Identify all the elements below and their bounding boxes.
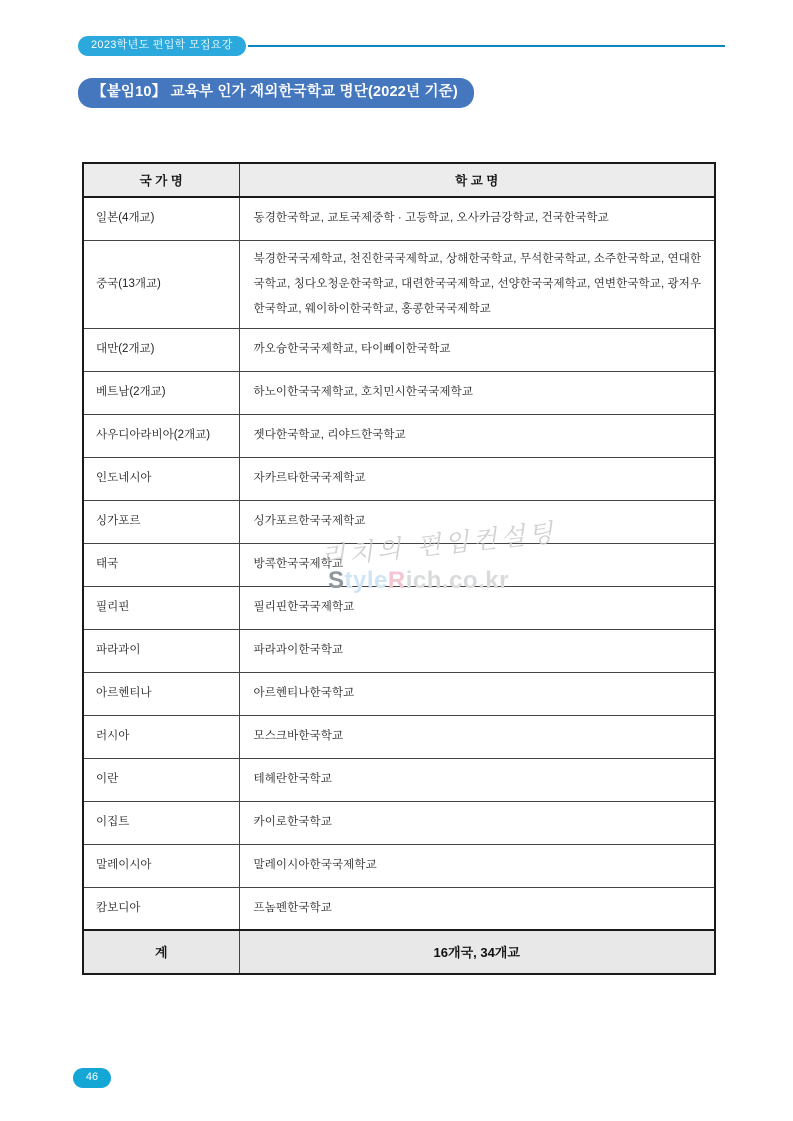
running-header: 2023학년도 편입학 모집요강 — [78, 36, 725, 56]
column-header-school: 학 교 명 — [239, 163, 715, 197]
header-badge: 2023학년도 편입학 모집요강 — [78, 36, 246, 56]
school-table: 국 가 명 학 교 명 일본(4개교)동경한국학교, 교토국제중학 · 고등학교… — [82, 162, 716, 975]
table-row: 캄보디아프놈펜한국학교 — [83, 887, 715, 930]
table-row: 파라과이파라과이한국학교 — [83, 629, 715, 672]
country-cell: 중국(13개교) — [83, 240, 239, 328]
country-cell: 말레이시아 — [83, 844, 239, 887]
table-row: 태국방콕한국국제학교 — [83, 543, 715, 586]
document-page: { "page": { "header_badge": "2023학년도 편입학… — [0, 0, 793, 1121]
schools-cell: 자카르타한국국제학교 — [239, 457, 715, 500]
column-header-country: 국 가 명 — [83, 163, 239, 197]
schools-cell: 말레이시아한국국제학교 — [239, 844, 715, 887]
country-cell: 러시아 — [83, 715, 239, 758]
schools-cell: 방콕한국국제학교 — [239, 543, 715, 586]
schools-cell: 파라과이한국학교 — [239, 629, 715, 672]
country-cell: 태국 — [83, 543, 239, 586]
school-table-wrap: 국 가 명 학 교 명 일본(4개교)동경한국학교, 교토국제중학 · 고등학교… — [82, 162, 716, 975]
table-row: 이란테헤란한국학교 — [83, 758, 715, 801]
schools-cell: 싱가포르한국국제학교 — [239, 500, 715, 543]
country-cell: 필리핀 — [83, 586, 239, 629]
schools-cell: 필리핀한국국제학교 — [239, 586, 715, 629]
table-row: 인도네시아자카르타한국국제학교 — [83, 457, 715, 500]
table-row: 러시아모스크바한국학교 — [83, 715, 715, 758]
table-row: 이집트카이로한국학교 — [83, 801, 715, 844]
country-cell: 사우디아라비아(2개교) — [83, 414, 239, 457]
country-cell: 캄보디아 — [83, 887, 239, 930]
table-header-row: 국 가 명 학 교 명 — [83, 163, 715, 197]
table-body: 일본(4개교)동경한국학교, 교토국제중학 · 고등학교, 오사카금강학교, 건… — [83, 197, 715, 930]
schools-cell: 동경한국학교, 교토국제중학 · 고등학교, 오사카금강학교, 건국한국학교 — [239, 197, 715, 240]
table-row: 싱가포르싱가포르한국국제학교 — [83, 500, 715, 543]
table-row: 말레이시아말레이시아한국국제학교 — [83, 844, 715, 887]
schools-cell: 젯다한국학교, 리야드한국학교 — [239, 414, 715, 457]
country-cell: 아르헨티나 — [83, 672, 239, 715]
total-value-cell: 16개국, 34개교 — [239, 930, 715, 974]
country-cell: 베트남(2개교) — [83, 371, 239, 414]
table-row: 중국(13개교)북경한국국제학교, 천진한국국제학교, 상해한국학교, 무석한국… — [83, 240, 715, 328]
schools-cell: 모스크바한국학교 — [239, 715, 715, 758]
schools-cell: 하노이한국국제학교, 호치민시한국국제학교 — [239, 371, 715, 414]
schools-cell: 까오슝한국국제학교, 타이뻬이한국학교 — [239, 328, 715, 371]
schools-cell: 카이로한국학교 — [239, 801, 715, 844]
schools-cell: 프놈펜한국학교 — [239, 887, 715, 930]
country-cell: 일본(4개교) — [83, 197, 239, 240]
schools-cell: 아르헨티나한국학교 — [239, 672, 715, 715]
header-rule — [248, 45, 725, 47]
country-cell: 이집트 — [83, 801, 239, 844]
table-total-row: 계 16개국, 34개교 — [83, 930, 715, 974]
table-row: 사우디아라비아(2개교)젯다한국학교, 리야드한국학교 — [83, 414, 715, 457]
country-cell: 이란 — [83, 758, 239, 801]
country-cell: 인도네시아 — [83, 457, 239, 500]
table-row: 일본(4개교)동경한국학교, 교토국제중학 · 고등학교, 오사카금강학교, 건… — [83, 197, 715, 240]
page-title: 【붙임10】 교육부 인가 재외한국학교 명단(2022년 기준) — [78, 78, 474, 108]
country-cell: 대만(2개교) — [83, 328, 239, 371]
table-row: 베트남(2개교)하노이한국국제학교, 호치민시한국국제학교 — [83, 371, 715, 414]
country-cell: 파라과이 — [83, 629, 239, 672]
table-row: 필리핀필리핀한국국제학교 — [83, 586, 715, 629]
table-row: 대만(2개교)까오슝한국국제학교, 타이뻬이한국학교 — [83, 328, 715, 371]
total-label-cell: 계 — [83, 930, 239, 974]
country-cell: 싱가포르 — [83, 500, 239, 543]
schools-cell: 테헤란한국학교 — [239, 758, 715, 801]
schools-cell: 북경한국국제학교, 천진한국국제학교, 상해한국학교, 무석한국학교, 소주한국… — [239, 240, 715, 328]
table-row: 아르헨티나아르헨티나한국학교 — [83, 672, 715, 715]
page-number-badge: 46 — [73, 1068, 111, 1088]
